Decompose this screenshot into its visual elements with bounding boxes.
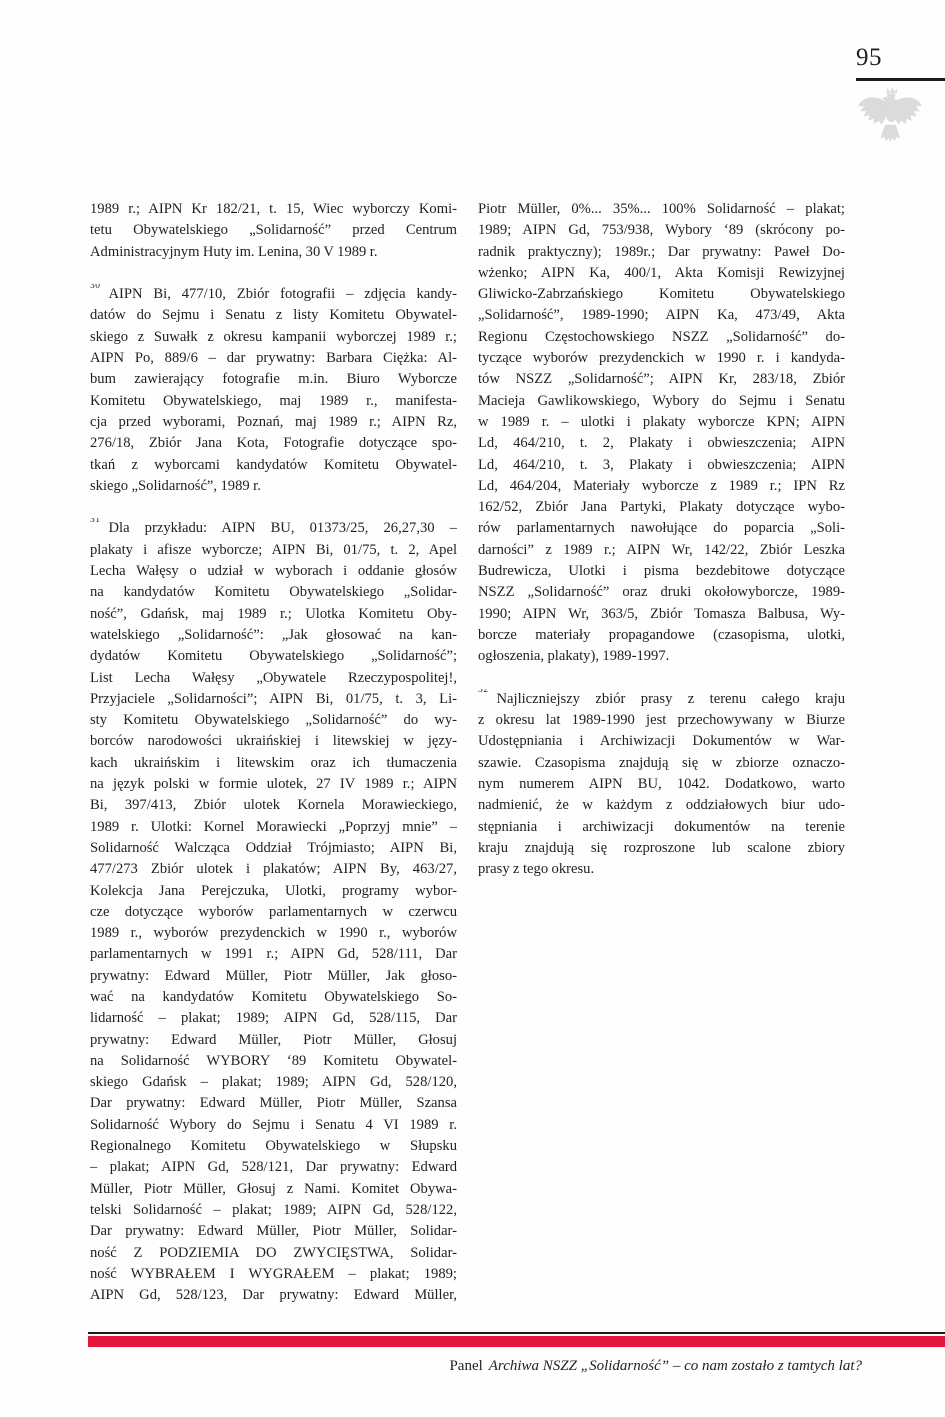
text-line: lidarność – plakat; 1989; AIPN Gd, 528/1… (90, 1008, 457, 1029)
text-line: dydatów Komitetu Obywatelskiego „Solidar… (90, 646, 457, 667)
document-page: 95 1989 r.; AIPN Kr 182/21, t. 15, Wiec … (0, 0, 945, 1417)
footer-rule-red (88, 1336, 945, 1347)
text-line: Ld, 464/204, Materiały wyborcze z 1989 r… (478, 476, 845, 497)
text-line: Budrewicza, Ulotki i pisma bezdebitowe d… (478, 561, 845, 582)
text-line: skiego Gdańsk – plakat; 1989; AIPN Gd, 5… (90, 1072, 457, 1093)
text-line: Solidarność Walcząca Oddział Trójmiasto;… (90, 838, 457, 859)
text-line: Solidarność Wybory do Sejmu i Senatu 4 V… (90, 1115, 457, 1136)
page-number-block: 95 (856, 45, 945, 81)
text-line: Müller, Piotr Müller, Głosuj z Nami. Kom… (90, 1179, 457, 1200)
text-line: Piotr Müller, 0%... 35%... 100% Solidarn… (478, 199, 845, 220)
text-line: 1989; AIPN Gd, 753/938, Wybory ‘89 (skró… (478, 220, 845, 241)
text-columns: 1989 r.; AIPN Kr 182/21, t. 15, Wiec wyb… (90, 199, 845, 1306)
text-line: 1990; AIPN Wr, 363/5, Zbiór Tomasza Balb… (478, 604, 845, 625)
text-line: sty Komitetu Obywatelskiego „Solidarność… (90, 710, 457, 731)
footnote-31-continued: Piotr Müller, 0%... 35%... 100% Solidarn… (478, 199, 845, 668)
text-line: tetu Obywatelskiego „Solidarność” przed … (90, 220, 457, 241)
text-line: 1989 r. Ulotki: Kornel Morawiecki „Poprz… (90, 817, 457, 838)
text-line: wać na kandydatów Komitetu Obywatelskieg… (90, 987, 457, 1008)
footnote-number: 31 (90, 518, 101, 525)
text-line: Macieja Gawlikowskiego, Wybory do Sejmu … (478, 391, 845, 412)
text-line: Kolekcja Jana Perejczuka, Ulotki, progra… (90, 881, 457, 902)
text-line: skiego „Solidarność”, 1989 r. (90, 476, 457, 497)
text-line: nym numerem AIPN BU, 1042. Dodatkowo, wa… (478, 774, 845, 795)
text-line: telski Solidarność – plakat; 1989; AIPN … (90, 1200, 457, 1221)
text-line: cze dotyczące wyborów parlamentarnych w … (90, 902, 457, 923)
text-line: Regionalnego Komitetu Obywatelskiego w S… (90, 1136, 457, 1157)
text-line: Ld, 464/210, t. 2, Plakaty i obwieszczen… (478, 433, 845, 454)
text-line: Bi, 397/413, Zbiór ulotek Kornela Morawi… (90, 795, 457, 816)
text-line: Regionu Częstochowskiego NSZZ „Solidarno… (478, 327, 845, 348)
footer-rule-black (88, 1332, 945, 1334)
text-line: skiego z Suwałk z okresu kampanii wyborc… (90, 327, 457, 348)
text-line: Przyjaciele „Solidarności”; AIPN Bi, 01/… (90, 689, 457, 710)
text-line: wżenko; AIPN Ka, 400/1, Akta Komisji Rew… (478, 263, 845, 284)
text-line: z okresu lat 1989-1990 jest przechowywan… (478, 710, 845, 731)
text-line: kraju znajdują się rozproszone lub scalo… (478, 838, 845, 859)
text-line: kach ukraińskim i litewskim oraz ich tłu… (90, 753, 457, 774)
text-line: AIPN Po, 889/6 – dar prywatny: Barbara C… (90, 348, 457, 369)
footnote-32: 32Najliczniejszy zbiór prasy z terenu ca… (478, 689, 845, 881)
text-line: „Solidarność”, 1989-1990; AIPN Ka, 473/4… (478, 305, 845, 326)
text-line: na język polski w formie ulotek, 27 IV 1… (90, 774, 457, 795)
text-line: rów parlamentarnych nawołujące do poparc… (478, 518, 845, 539)
text-line: ogłoszenia, plakaty), 1989-1997. (478, 646, 845, 667)
text-line: prasy z tego okresu. (478, 859, 845, 880)
text-line: 32Najliczniejszy zbiór prasy z terenu ca… (478, 689, 845, 710)
text-line: prywatny: Edward Müller, Piotr Müller, J… (90, 966, 457, 987)
text-line: prywatny: Edward Müller, Piotr Müller, G… (90, 1030, 457, 1051)
text-line: AIPN Gd, 528/123, Dar prywatny: Edward M… (90, 1285, 457, 1306)
footer-panel-label: Panel (449, 1358, 482, 1374)
footer-title: Archiwa NSZZ „Solidarność” – co nam zost… (489, 1358, 862, 1374)
text-line: borcze materiały propagandowe (czasopism… (478, 625, 845, 646)
text-line: parlamentarnych w 1991 r.; AIPN Gd, 528/… (90, 944, 457, 965)
text-line: ność WYBRAŁEM I WYGRAŁEM – plakat; 1989; (90, 1264, 457, 1285)
text-line: Lecha Wałęsy o udział w wyborach i oddan… (90, 561, 457, 582)
left-column: 1989 r.; AIPN Kr 182/21, t. 15, Wiec wyb… (90, 199, 457, 1306)
text-line: 30AIPN Bi, 477/10, Zbiór fotografii – zd… (90, 284, 457, 305)
text-line: 1989 r., wyborów prezydenckich w 1990 r.… (90, 923, 457, 944)
text-line: 477/273 Zbiór ulotek i plakatów; AIPN By… (90, 859, 457, 880)
text-line: borców narodowości ukraińskiej i litewsk… (90, 731, 457, 752)
right-column: Piotr Müller, 0%... 35%... 100% Solidarn… (478, 199, 845, 1306)
text-line: Administracyjnym Huty im. Lenina, 30 V 1… (90, 242, 457, 263)
text-line: w 1989 r. – ulotki i plakaty wyborcze KP… (478, 412, 845, 433)
text-line: datów do Sejmu i Senatu z listy Komitetu… (90, 305, 457, 326)
text-line: plakaty i afisze wyborcze; AIPN Bi, 01/7… (90, 540, 457, 561)
text-line: 31Dla przykładu: AIPN BU, 01373/25, 26,2… (90, 518, 457, 539)
text-line: ność”, Gdańsk, maj 1989 r.; Ulotka Komit… (90, 604, 457, 625)
text-line: stępniania i archiwizacji dokumentów na … (478, 817, 845, 838)
text-line: tyczące wyborów prezydenckich w 1990 r. … (478, 348, 845, 369)
footnote-number: 30 (90, 284, 101, 291)
text-line: NSZZ „Solidarność” oraz druki okołowybor… (478, 582, 845, 603)
text-line: bum zawierający fotografie m.in. Biuro W… (90, 369, 457, 390)
text-line: Komitetu Obywatelskiego, maj 1989 r., ma… (90, 391, 457, 412)
footer-caption: PanelArchiwa NSZZ „Solidarność” – co nam… (449, 1356, 862, 1376)
text-line: – plakat; AIPN Gd, 528/121, Dar prywatny… (90, 1157, 457, 1178)
text-line: tów NSZZ „Solidarność”; AIPN Kr, 283/18,… (478, 369, 845, 390)
text-line: Udostępniania i Archiwizacji Dokumentów … (478, 731, 845, 752)
text-line: nadmienić, że w każdym z oddziałowych bi… (478, 795, 845, 816)
text-line: na Solidarność WYBORY ‘89 Komitetu Obywa… (90, 1051, 457, 1072)
text-line: ność Z PODZIEMIA DO ZWYCIĘSTWA, Solidar- (90, 1243, 457, 1264)
continuation-paragraph: 1989 r.; AIPN Kr 182/21, t. 15, Wiec wyb… (90, 199, 457, 263)
text-line: szawie. Czasopisma znajdują się w zbiorz… (478, 753, 845, 774)
footnote-number: 32 (478, 689, 489, 696)
text-line: List Lecha Wałęsy „Obywatele Rzeczypospo… (90, 668, 457, 689)
text-line: tkań z wyborcami kandydatów Komitetu Oby… (90, 455, 457, 476)
footnote-31: 31Dla przykładu: AIPN BU, 01373/25, 26,2… (90, 518, 457, 1306)
polish-eagle-icon (856, 86, 924, 150)
text-line: cja przed wyborami, Poznań, maj 1989 r.;… (90, 412, 457, 433)
text-line: na kandydatów Komitetu Obywatelskiego „S… (90, 582, 457, 603)
footnote-30: 30AIPN Bi, 477/10, Zbiór fotografii – zd… (90, 284, 457, 497)
text-line: 276/18, Zbiór Jana Kota, Fotografie doty… (90, 433, 457, 454)
text-line: 1989 r.; AIPN Kr 182/21, t. 15, Wiec wyb… (90, 199, 457, 220)
text-line: Dar prywatny: Edward Müller, Piotr Mülle… (90, 1093, 457, 1114)
text-line: watelskiego „Solidarność”: „Jak głosować… (90, 625, 457, 646)
text-line: 162/52, Zbiór Jana Partyki, Plakaty doty… (478, 497, 845, 518)
text-line: Dar prywatny: Edward Müller, Piotr Mülle… (90, 1221, 457, 1242)
page-number: 95 (856, 45, 945, 70)
text-line: Gliwicko-Zabrzańskiego Komitetu Obywatel… (478, 284, 845, 305)
text-line: Ld, 464/210, t. 3, Plakaty i obwieszczen… (478, 455, 845, 476)
text-line: radnik praktyczny); 1989r.; Dar prywatny… (478, 242, 845, 263)
text-line: darności” z 1989 r.; AIPN Wr, 142/22, Zb… (478, 540, 845, 561)
